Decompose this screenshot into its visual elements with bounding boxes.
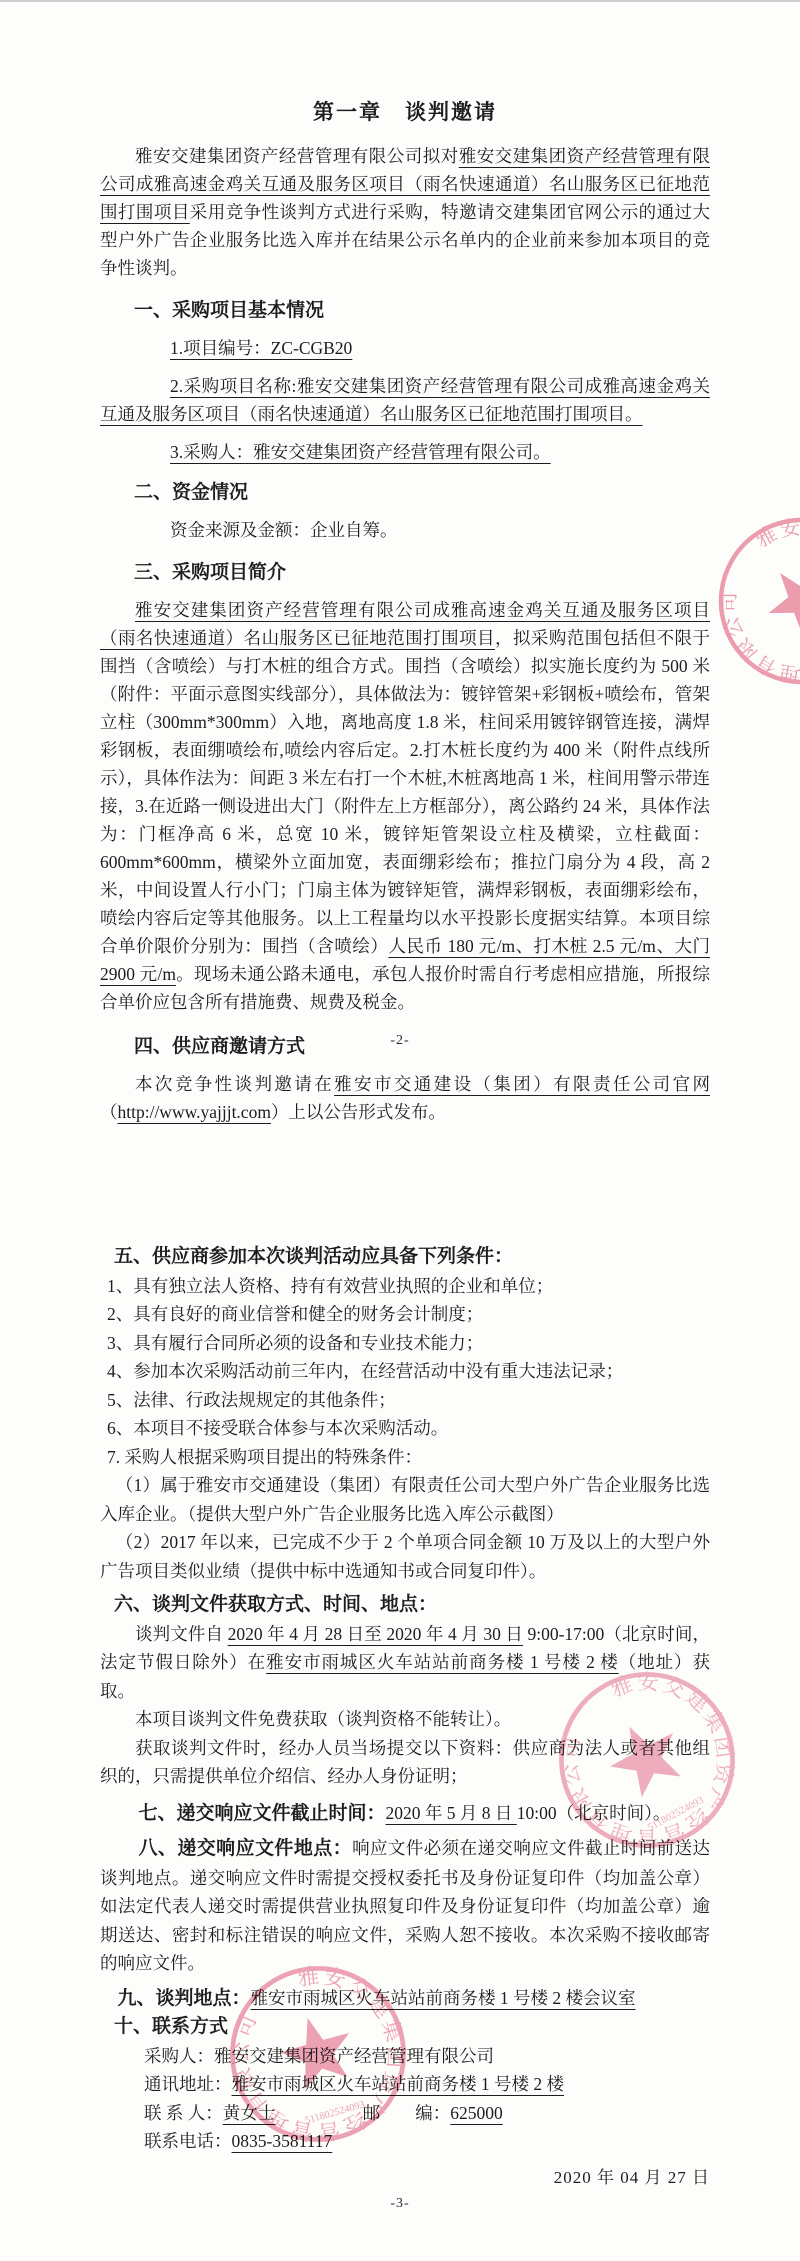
text-segment: 通讯地址： [144, 2074, 232, 2094]
condition-item-4: 4、参加本次采购活动前三年内，在经营活动中没有重大违法记录； [100, 1357, 710, 1386]
condition-item-2: 2、具有良好的商业信誉和健全的财务会计制度； [100, 1300, 710, 1329]
section-1-heading: 一、采购项目基本情况 [134, 296, 710, 326]
document-date: 2020 年 04 月 27 日 [100, 2164, 710, 2193]
section-3-heading: 三、采购项目简介 [134, 558, 710, 588]
special-condition-2: （2）2017 年以来，已完成不少于 2 个单项合同金额 10 万及以上的大型户… [100, 1528, 710, 1585]
contact-phone-line: 联系电话：0835-3581117 [144, 2127, 710, 2156]
section-5-heading: 五、供应商参加本次谈判活动应具备下列条件： [114, 1243, 710, 1272]
text-segment: ）上以公告形式发布。 [271, 1102, 446, 1122]
text-segment: 八、递交响应文件地点： [139, 1838, 353, 1859]
condition-item-5: 5、法律、行政法规规定的其他条件； [100, 1386, 710, 1415]
text-segment: 黄女士 [223, 2103, 276, 2123]
text-segment: 10:00（北京时间）。 [517, 1803, 671, 1823]
condition-item-7: 7. 采购人根据采购项目提出的特殊条件： [100, 1443, 710, 1472]
text-segment: ，拟采购范围包括但不限于围挡（含喷绘）与打木桩的组合方式。围挡（含喷绘）拟实施长… [100, 628, 710, 956]
text-segment: 0835-3581117 [232, 2131, 333, 2151]
text-segment: 雅安市雨城区火车站站前商务楼 1 号楼 2 楼 [266, 1652, 619, 1672]
text-segment: 邮 编： [363, 2103, 451, 2123]
text-segment: 。现场未通公路未通电，承包人报价时需自行考虑相应措施，所报综合单价应包含所有措施… [100, 964, 710, 1012]
text-segment: 谈判文件自 [135, 1624, 228, 1644]
condition-item-6: 6、本项目不接受联合体参与本次采购活动。 [100, 1414, 710, 1443]
condition-item-1: 1、具有独立法人资格、持有有效营业执照的企业和单位； [100, 1272, 710, 1301]
page-2-content: 第一章 谈判邀请 雅安交建集团资产经营管理有限公司拟对雅安交建集团资产经营管理有… [100, 96, 710, 1126]
text-segment [275, 2103, 363, 2123]
seal-star-icon [753, 552, 800, 644]
section-8-submission-paragraph: 八、递交响应文件地点：响应文件必须在递交响应文件截止时间前送达谈判地点。递交响应… [100, 1834, 710, 1978]
text-segment: 雅安市交通建设（集团）有限责任公司官网 [334, 1074, 710, 1094]
document-free-paragraph: 本项目谈判文件免费获取（谈判资格不能转让）。 [100, 1705, 710, 1734]
text-segment: 雅安市雨城区火车站站前商务楼 1 号楼 2 楼 [232, 2074, 565, 2094]
contact-purchaser-line: 采购人：雅安交建集团资产经营管理有限公司 [144, 2042, 710, 2071]
condition-item-3: 3、具有履行合同所必须的设备和专业技术能力； [100, 1329, 710, 1358]
text-segment: 雅安市雨城区火车站站前商务楼 1 号楼 2 楼会议室 [251, 1988, 636, 2008]
page-3-content: 五、供应商参加本次谈判活动应具备下列条件： 1、具有独立法人资格、持有有效营业执… [100, 1243, 710, 2192]
text-segment: 3.采购人：雅安交建集团资产经营管理有限公司。 [170, 442, 551, 462]
section-6-heading: 六、谈判文件获取方式、时间、地点： [114, 1591, 710, 1620]
text-segment: 2020 年 5 月 8 日 [386, 1803, 517, 1823]
section-10-heading: 十、联系方式 [114, 2013, 710, 2042]
text-segment: 联 系 人： [144, 2103, 223, 2123]
text-segment: 采用竞争性谈判方式进行采购，特邀请交建集团官网公示的通过大型户外广告企业服务比选… [100, 202, 710, 278]
document-obtain-time-paragraph: 谈判文件自 2020 年 4 月 28 日至 2020 年 4 月 30 日 9… [100, 1620, 710, 1706]
text-segment: 2020 年 4 月 28 日至 2020 年 4 月 30 日 [228, 1624, 523, 1644]
section-7-deadline-line: 七、递交响应文件截止时间：2020 年 5 月 8 日 10:00（北京时间）。 [100, 1799, 710, 1829]
text-segment: 雅安交建集团资产经营管理有限公司拟对 [135, 146, 459, 166]
page-number-3: -3- [0, 2196, 800, 2212]
text-segment: 本次竞争性谈判邀请在 [135, 1074, 334, 1094]
text-segment: 九、谈判地点： [118, 1988, 251, 2009]
project-number-line: 1.项目编号：ZC-CGB20 [100, 334, 710, 362]
purchaser-line: 3.采购人：雅安交建集团资产经营管理有限公司。 [100, 438, 710, 466]
chapter-title: 第一章 谈判邀请 [100, 96, 710, 126]
supplier-invitation-paragraph: 本次竞争性谈判邀请在雅安市交通建设（集团）有限责任公司官网（http://www… [100, 1070, 710, 1126]
text-segment: （ [100, 1102, 118, 1122]
text-segment: 七、递交响应文件截止时间： [139, 1803, 386, 1824]
page-number-2: -2- [0, 1033, 800, 1049]
funding-source-line: 资金来源及金额：企业自筹。 [100, 516, 710, 544]
contact-address-line: 通讯地址：雅安市雨城区火车站站前商务楼 1 号楼 2 楼 [144, 2070, 710, 2099]
project-name-line: 2.采购项目名称:雅安交建集团资产经营管理有限公司成雅高速金鸡关互通及服务区项目… [100, 372, 710, 428]
text-segment: 625000 [450, 2103, 503, 2123]
document-page: 第一章 谈判邀请 雅安交建集团资产经营管理有限公司拟对雅安交建集团资产经营管理有… [0, 0, 800, 2261]
text-segment: 2.采购项目名称:雅安交建集团资产经营管理有限公司成雅高速金鸡关互通及服务区项目… [100, 376, 710, 424]
text-segment: 1.项目编号：ZC-CGB20 [170, 338, 352, 358]
contact-person-postcode-line: 联 系 人：黄女士 邮 编：625000 [144, 2099, 710, 2128]
section-2-heading: 二、资金情况 [134, 478, 710, 508]
text-segment: http://www.yajjjt.com [118, 1102, 271, 1122]
project-description-paragraph: 雅安交建集团资产经营管理有限公司成雅高速金鸡关互通及服务区项目（雨名快速通道）名… [100, 596, 710, 1016]
text-segment: 联系电话： [144, 2131, 232, 2151]
section-9-location-line: 九、谈判地点：雅安市雨城区火车站站前商务楼 1 号楼 2 楼会议室 [100, 1984, 710, 2014]
document-materials-paragraph: 获取谈判文件时，经办人员当场提交以下资料：供应商为法人或者其他组织的，只需提供单… [100, 1734, 710, 1791]
special-condition-1: （1）属于雅安市交通建设（集团）有限责任公司大型户外广告企业服务比选入库企业。（… [100, 1471, 710, 1528]
text-segment: 采购人：雅安交建集团资产经营管理有限公司 [144, 2046, 494, 2066]
intro-paragraph: 雅安交建集团资产经营管理有限公司拟对雅安交建集团资产经营管理有限公司成雅高速金鸡… [100, 142, 710, 282]
